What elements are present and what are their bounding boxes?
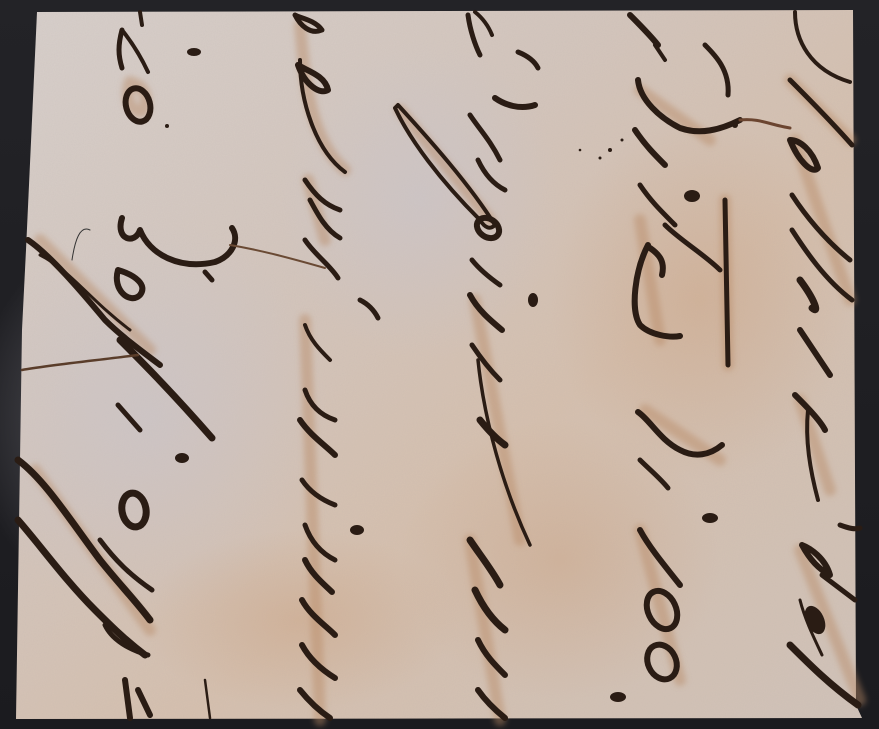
manuscript-drawing xyxy=(0,0,879,729)
manuscript-fragment: Handwritten manuscript fragment xyxy=(0,0,879,729)
